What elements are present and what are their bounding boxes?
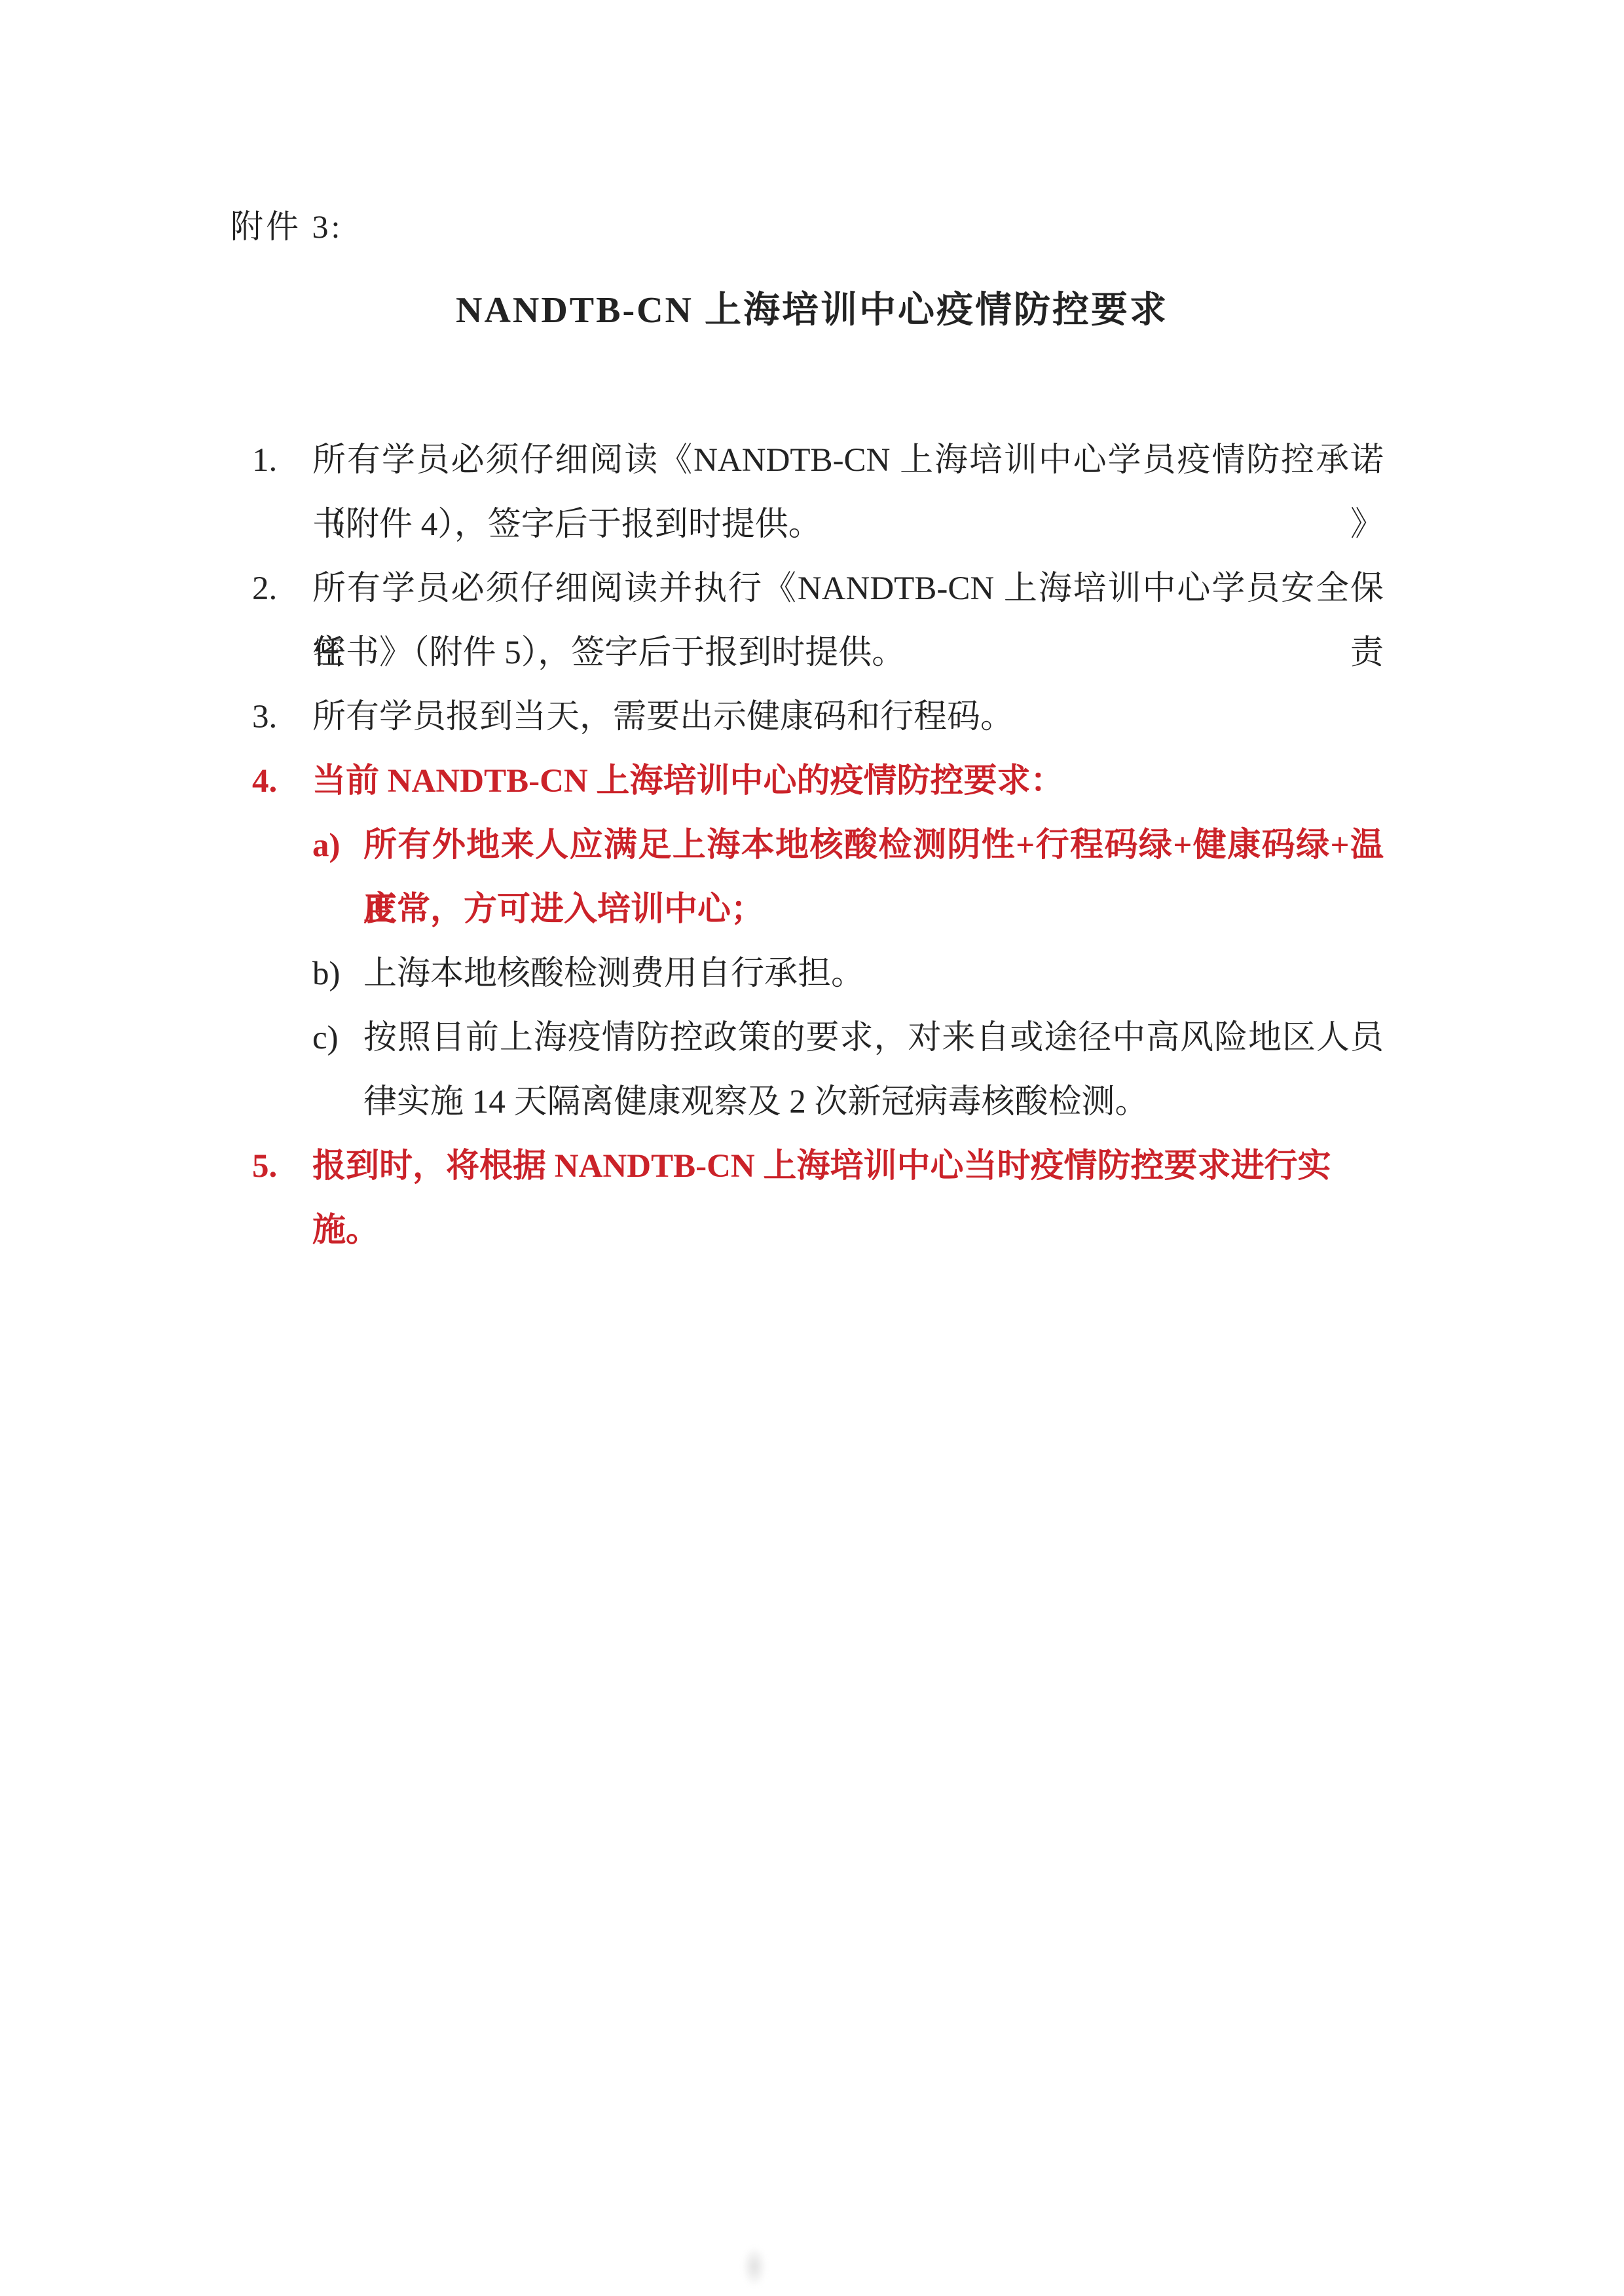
text-line: 当前 NANDTB-CN 上海培训中心的疫情防控要求： — [312, 749, 1384, 813]
scan-smudge-artifact — [743, 2248, 766, 2286]
subitem-text: 上海本地核酸检测费用自行承担。 — [363, 942, 1384, 1006]
text-line: 正常，方可进入培训中心； — [363, 878, 1384, 942]
item-number: 5. — [252, 1134, 312, 1198]
subitem-text: 按照目前上海疫情防控政策的要求，对来自或途径中高风险地区人员一 律实施 14 天… — [363, 1006, 1384, 1134]
document-title: NANDTB-CN 上海培训中心疫情防控要求 — [0, 288, 1624, 333]
text-line: 所有学员必须仔细阅读并执行《NANDTB-CN 上海培训中心学员安全保密责 — [312, 557, 1384, 621]
list-item-2: 2. 所有学员必须仔细阅读并执行《NANDTB-CN 上海培训中心学员安全保密责… — [252, 557, 1384, 685]
text-line: 报到时，将根据 NANDTB-CN 上海培训中心当时疫情防控要求进行实施。 — [312, 1134, 1384, 1198]
item-text: 报到时，将根据 NANDTB-CN 上海培训中心当时疫情防控要求进行实施。 — [312, 1134, 1384, 1198]
item-number: 1. — [252, 428, 312, 492]
item-number: 4. — [252, 749, 312, 813]
subitem-letter: c) — [312, 1006, 363, 1070]
item-text: 所有学员必须仔细阅读并执行《NANDTB-CN 上海培训中心学员安全保密责 任书… — [312, 557, 1384, 685]
scanned-document-page: 附件 3: NANDTB-CN 上海培训中心疫情防控要求 1. 所有学员必须仔细… — [0, 0, 1624, 2296]
list-item-1: 1. 所有学员必须仔细阅读《NANDTB-CN 上海培训中心学员疫情防控承诺书》… — [252, 428, 1384, 557]
text-line: 上海本地核酸检测费用自行承担。 — [363, 942, 1384, 1006]
text-line: 所有外地来人应满足上海本地核酸检测阴性+行程码绿+健康码绿+温度 — [363, 813, 1384, 878]
subitem-text: 所有外地来人应满足上海本地核酸检测阴性+行程码绿+健康码绿+温度 正常，方可进入… — [363, 813, 1384, 942]
text-line: 所有学员报到当天，需要出示健康码和行程码。 — [312, 685, 1384, 749]
subitem-letter: b) — [312, 942, 363, 1006]
text-line: 所有学员必须仔细阅读《NANDTB-CN 上海培训中心学员疫情防控承诺书》 — [312, 428, 1384, 492]
item-number: 3. — [252, 685, 312, 749]
text-line: 按照目前上海疫情防控政策的要求，对来自或途径中高风险地区人员一 — [363, 1006, 1384, 1070]
sublist-item-b: b) 上海本地核酸检测费用自行承担。 — [312, 942, 1384, 1006]
text-line: 律实施 14 天隔离健康观察及 2 次新冠病毒核酸检测。 — [363, 1070, 1384, 1134]
item-number: 2. — [252, 557, 312, 621]
attachment-number-label: 附件 3: — [231, 207, 342, 246]
list-item-4: 4. 当前 NANDTB-CN 上海培训中心的疫情防控要求： — [252, 749, 1384, 813]
item-text: 所有学员报到当天，需要出示健康码和行程码。 — [312, 685, 1384, 749]
requirements-list: 1. 所有学员必须仔细阅读《NANDTB-CN 上海培训中心学员疫情防控承诺书》… — [252, 428, 1384, 1198]
item-text: 当前 NANDTB-CN 上海培训中心的疫情防控要求： — [312, 749, 1384, 813]
list-item-3: 3. 所有学员报到当天，需要出示健康码和行程码。 — [252, 685, 1384, 749]
list-item-5: 5. 报到时，将根据 NANDTB-CN 上海培训中心当时疫情防控要求进行实施。 — [252, 1134, 1384, 1198]
sublist-item-c: c) 按照目前上海疫情防控政策的要求，对来自或途径中高风险地区人员一 律实施 1… — [312, 1006, 1384, 1134]
sublist-item-a: a) 所有外地来人应满足上海本地核酸检测阴性+行程码绿+健康码绿+温度 正常，方… — [312, 813, 1384, 942]
item-text: 所有学员必须仔细阅读《NANDTB-CN 上海培训中心学员疫情防控承诺书》 （附… — [312, 428, 1384, 557]
sub-requirements-list: a) 所有外地来人应满足上海本地核酸检测阴性+行程码绿+健康码绿+温度 正常，方… — [312, 813, 1384, 1134]
subitem-letter: a) — [312, 813, 363, 878]
